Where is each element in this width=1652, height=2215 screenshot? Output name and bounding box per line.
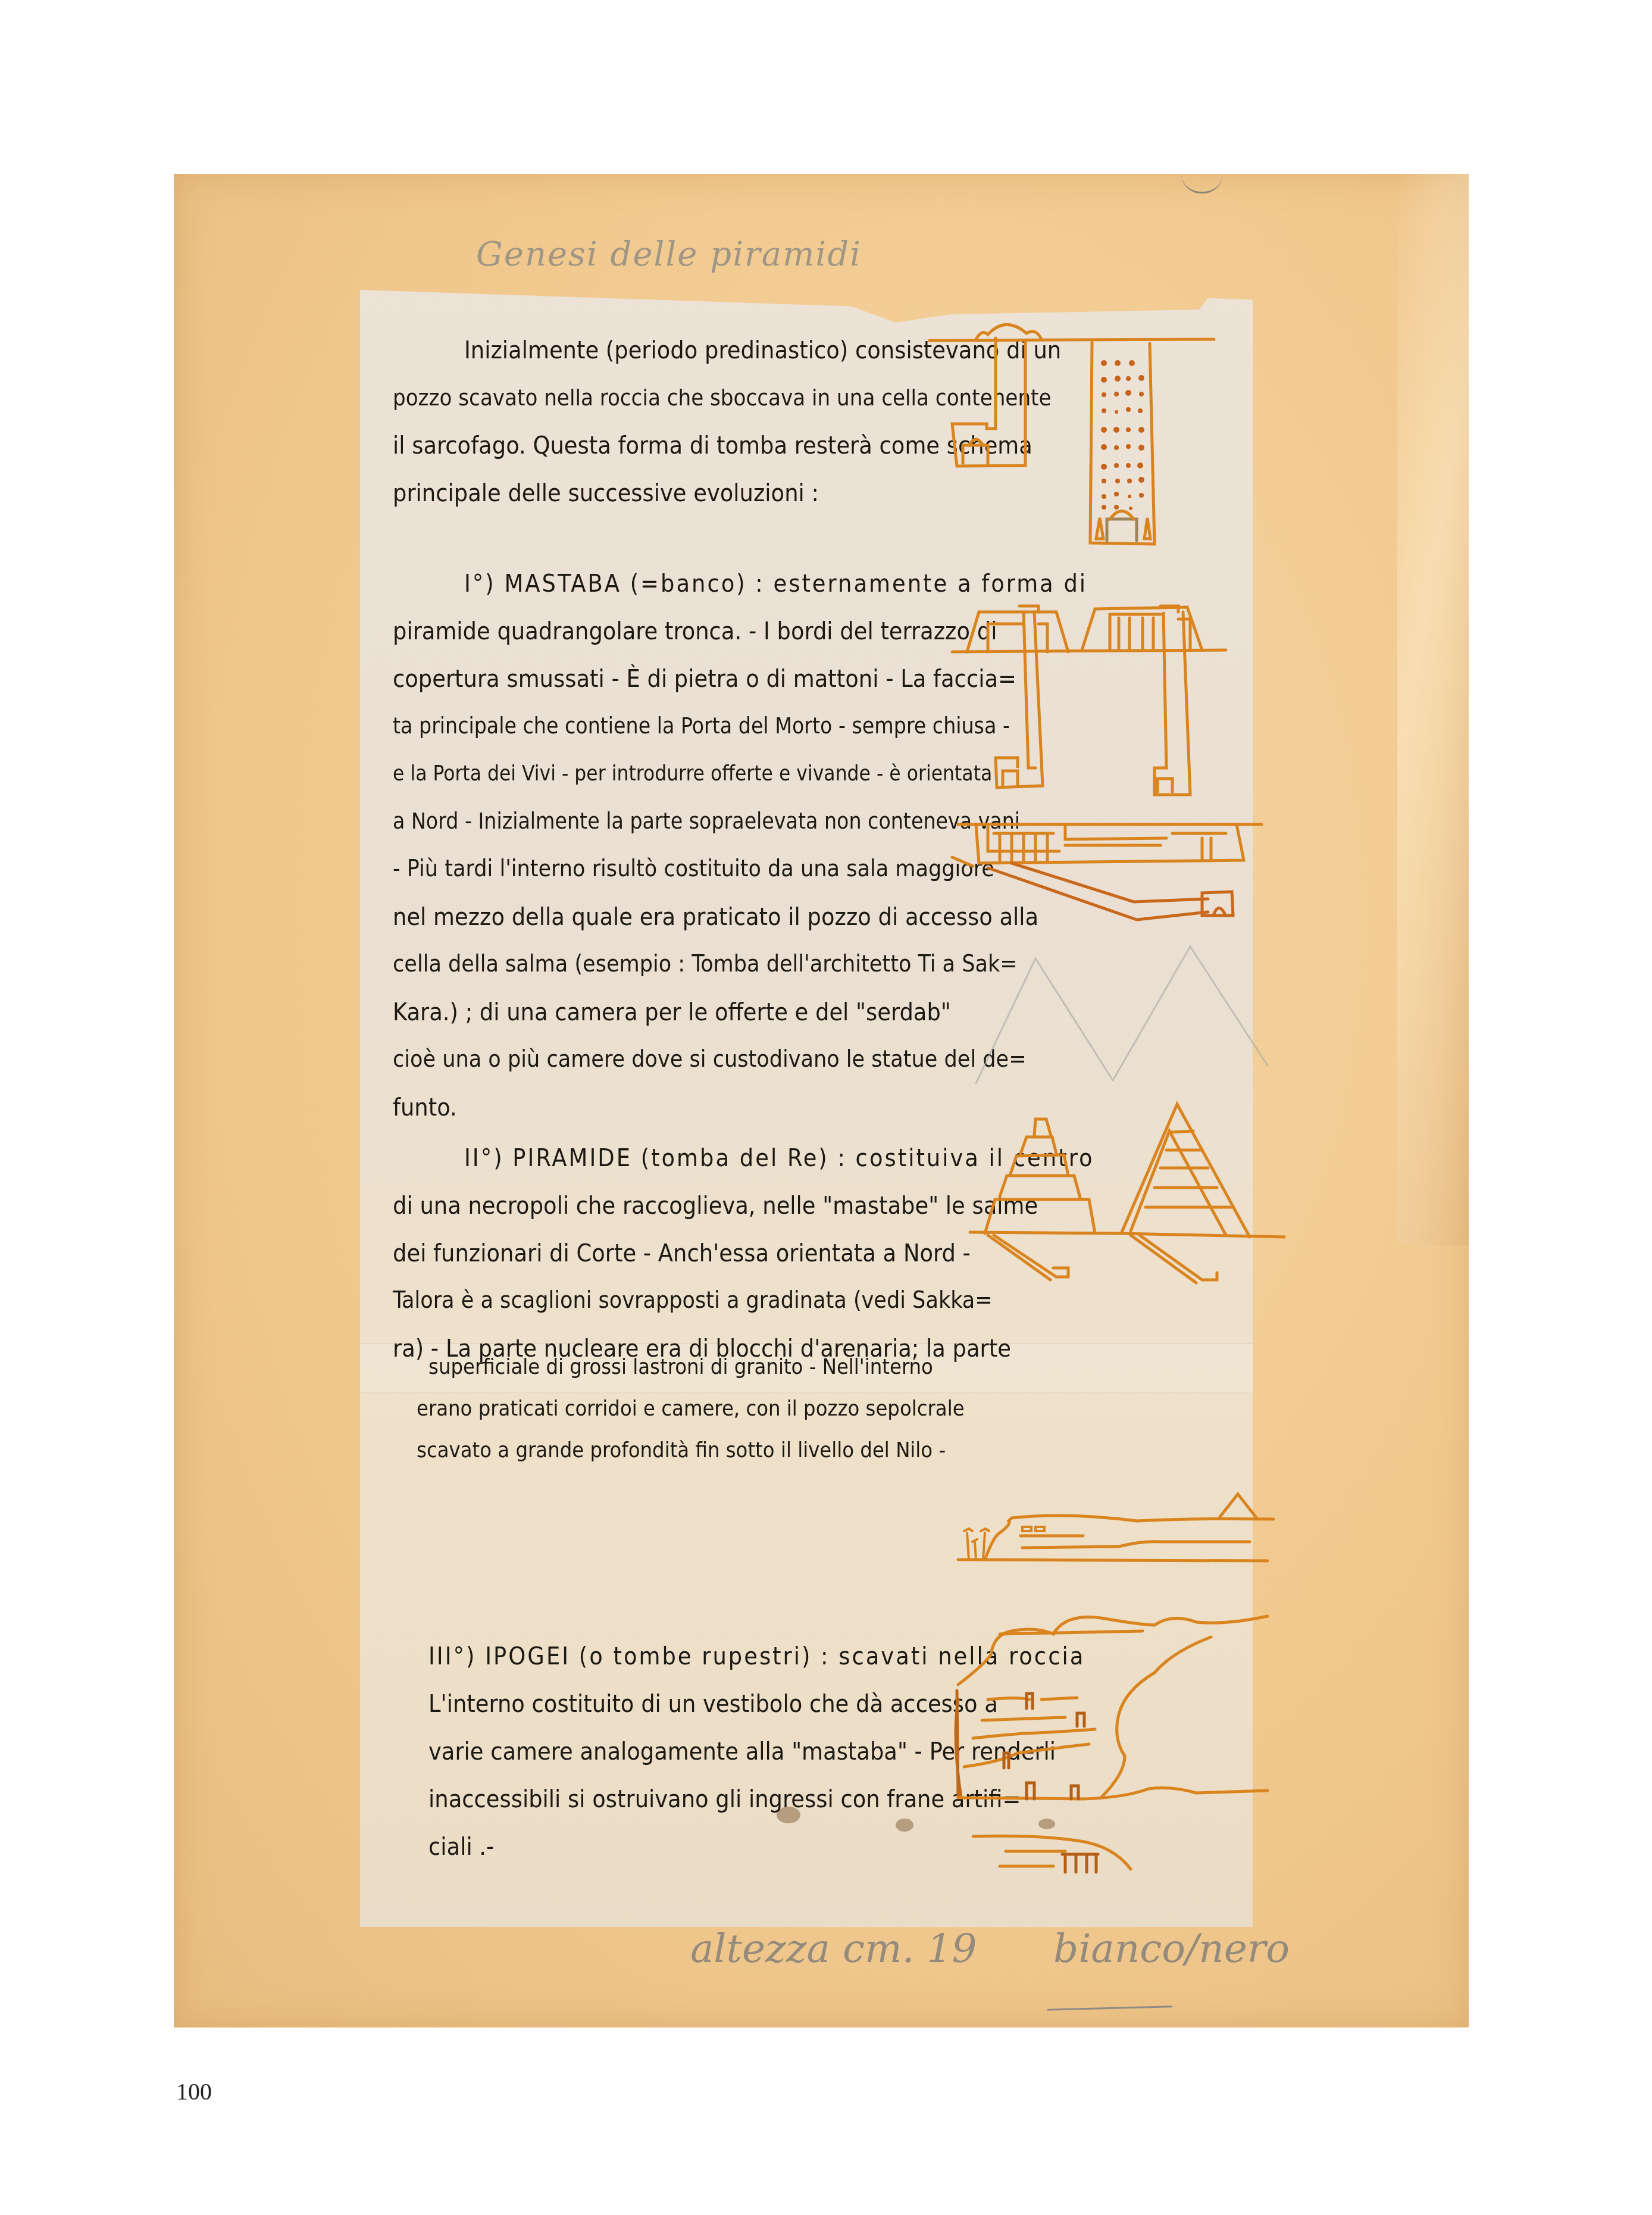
ink-stain (777, 1807, 800, 1823)
section-line: cella della salma (esempio : Tomba dell'… (393, 941, 952, 988)
section-line: e la Porta dei Vivi - per introdurre off… (393, 750, 952, 798)
sketch-pyramids (952, 1083, 1285, 1286)
intro-line: Inizialmente (periodo predinastico) cons… (393, 326, 952, 374)
section-heading-ipogei: III°) IPOGEI (o tombe rupestri) : scavat… (393, 1632, 952, 1680)
section-line: di una necropoli che raccoglieva, nelle … (393, 1182, 952, 1229)
section-line: copertura smussati - È di pietra o di ma… (393, 655, 952, 702)
sketch-mastaba-plan (952, 857, 1285, 1095)
intro-line: pozzo scavato nella roccia che sboccava … (393, 374, 952, 421)
section-line: piramide quadrangolare tronca. - I bordi… (393, 607, 952, 655)
ink-stain (896, 1819, 913, 1832)
section-ipogei: III°) IPOGEI (o tombe rupestri) : scavat… (393, 1632, 952, 1870)
section-line: Talora è a scaglioni sovrapposti a gradi… (393, 1277, 952, 1324)
section-line: ciali .- (393, 1823, 952, 1870)
sketch-rock-tombs (946, 1601, 1279, 1875)
intro-paragraph: Inizialmente (periodo predinastico) cons… (393, 326, 952, 517)
section-line: L'interno costituito di un vestibolo che… (393, 1680, 952, 1727)
section-line: - Più tardi l'interno risultò costituito… (393, 845, 952, 893)
section-line: superficiale di grossi lastroni di grani… (417, 1347, 976, 1388)
section-line: inaccessibili si ostruivano gli ingressi… (393, 1775, 952, 1823)
color-note: bianco/nero (1053, 1926, 1290, 1972)
section-line: scavato a grande profondità fin sotto il… (417, 1430, 976, 1472)
section-line: nel mezzo della quale era praticato il p… (393, 893, 952, 941)
sketch-cliff-landscape (946, 1476, 1279, 1583)
section-line: funto. (393, 1083, 952, 1131)
section-line: varie camere analogamente alla "mastaba"… (393, 1727, 952, 1775)
section-piramide: II°) PIRAMIDE (tomba del Re) : costituiv… (393, 1134, 952, 1372)
section-line: dei funzionari di Corte - Anch'essa orie… (393, 1229, 952, 1277)
intro-line: principale delle successive evoluzioni : (393, 469, 952, 517)
section-heading-piramide: II°) PIRAMIDE (tomba del Re) : costituiv… (393, 1134, 952, 1182)
ink-stain (1038, 1819, 1055, 1829)
pencil-title: Genesi delle piramidi (476, 235, 862, 274)
section-heading-mastaba: I°) MASTABA (=banco) : esternamente a fo… (393, 560, 952, 607)
paper-fold (1397, 174, 1469, 1245)
sketch-shaft-tomb (928, 298, 1285, 583)
section-piramide-continued: superficiale di grossi lastroni di grani… (417, 1347, 976, 1472)
sketch-mastaba-sections (940, 589, 1274, 899)
page-number: 100 (176, 2077, 212, 2105)
section-line: erano praticati corridoi e camere, con i… (417, 1388, 976, 1430)
section-line: cioè una o più camere dove si custodivan… (393, 1036, 952, 1083)
section-line: Kara.) ; di una camera per le offerte e … (393, 988, 952, 1036)
section-mastaba: I°) MASTABA (=banco) : esternamente a fo… (393, 560, 952, 1131)
height-note: altezza cm. 19 (690, 1926, 977, 1972)
section-line: a Nord - Inizialmente la parte sopraelev… (393, 798, 952, 845)
intro-line: il sarcofago. Questa forma di tomba rest… (393, 421, 952, 469)
section-line: ta principale che contiene la Porta del … (393, 702, 952, 750)
